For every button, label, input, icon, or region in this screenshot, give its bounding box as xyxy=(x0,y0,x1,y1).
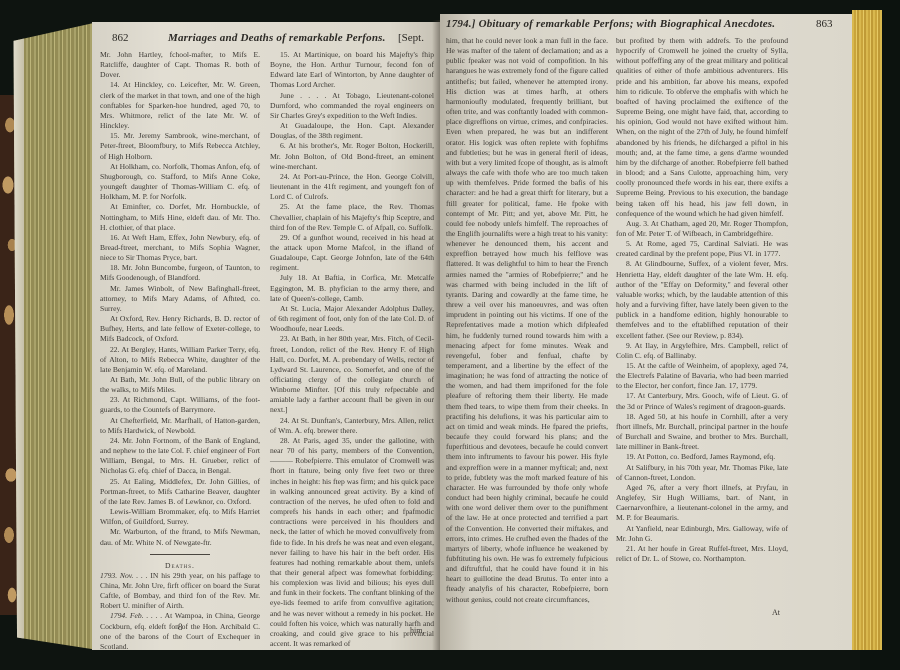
deaths-heading: Deaths. xyxy=(100,561,260,571)
entry: At Eminfter, co. Dorfet, Mr. Hornbuckle,… xyxy=(100,202,260,232)
entry: 9. At Ilay, in Argylefhire, Mrs. Campbel… xyxy=(616,341,788,361)
page-number: 862 xyxy=(112,32,129,44)
entry: At St. Lucia, Major Alexander Adolphus D… xyxy=(270,304,434,334)
entry: At Bath, Mr. John Bull, of the public li… xyxy=(100,375,260,395)
right-column-biography: him, that he could never look a man full… xyxy=(446,36,608,605)
left-column-deaths: 15. At Martinique, on board his Majefty'… xyxy=(270,50,434,649)
entry: 18. Mr. John Buncombe, furgeon, of Taunt… xyxy=(100,263,260,283)
entry: At Oxford, Rev. Henry Richards, B. D. re… xyxy=(100,314,260,344)
catchword: At xyxy=(772,608,780,617)
running-title: 1794.] Obituary of remarkable Perfons; w… xyxy=(446,18,775,30)
entry: 8. At Glindbourne, Suffex, of a violent … xyxy=(616,259,788,340)
left-page: 862 Marriages and Deaths of remarkable P… xyxy=(92,22,442,650)
running-title: Marriages and Deaths of remarkable Perfo… xyxy=(168,32,386,44)
entry: June . . . . At Tobago, Lieutenant-colon… xyxy=(270,91,434,121)
entry: 24. Mr. John Fortnom, of the Bank of Eng… xyxy=(100,436,260,477)
biography-text: him, that he could never look a man full… xyxy=(446,36,608,605)
entry: 19. At Potton, co. Bedford, James Raymon… xyxy=(616,452,788,462)
entry: Aged 76, after a very fhort illnefs, at … xyxy=(616,483,788,524)
entry: At Yanfield, near Edinburgh, Mrs. Gallow… xyxy=(616,524,788,544)
entry: 25. At the fame place, the Rev. Thomas C… xyxy=(270,202,434,232)
entry: 29. Of a gunfhot wound, received in his … xyxy=(270,233,434,274)
entry: At Holkham, co. Norfolk, Thomas Anfon, e… xyxy=(100,162,260,203)
section-rule xyxy=(150,554,210,555)
page-number: 863 xyxy=(816,18,833,30)
entry: 16. At Weft Ham, Effex, John Newbury, ef… xyxy=(100,233,260,263)
entry: 23. At Bath, in her 80th year, Mrs. Fitc… xyxy=(270,334,434,415)
right-page: 1794.] Obituary of remarkable Perfons; w… xyxy=(440,14,852,650)
entry: 5. At Rome, aged 75, Cardinal Salviati. … xyxy=(616,239,788,259)
entry: 15. At Martinique, on board his Majefty'… xyxy=(270,50,434,91)
entry: 6. At his brother's, Mr. Roger Bolton, H… xyxy=(270,141,434,171)
entry: 24. At St. Dunftan's, Canterbury, Mrs. A… xyxy=(270,416,434,436)
entry: July 18. At Baftia, in Corfica, Mr. Metc… xyxy=(270,273,434,303)
entry: 18. Aged 50, at his houfe in Cornhill, a… xyxy=(616,412,788,453)
page-block-edge-left xyxy=(10,22,98,650)
entry: Mr. John Hartley, fchool-mafter, to Mifs… xyxy=(100,50,260,80)
entry: 15. At the caftle of Weinheim, of apople… xyxy=(616,361,788,391)
entry: 14. At Hinckley, co. Leicefter, Mr. W. G… xyxy=(100,80,260,131)
entry: 28. At Paris, aged 35, under the galloti… xyxy=(270,436,434,649)
right-column-obituary: but profited by them with addrefs. To th… xyxy=(616,36,788,564)
page-block-edge-right xyxy=(852,10,882,650)
entry: but profited by them with addrefs. To th… xyxy=(616,36,788,219)
death-date: 1794. Feb. . . . . xyxy=(110,611,162,620)
entry: 17. At Canterbury, Mrs. Gooch, wife of L… xyxy=(616,391,788,411)
death-entry: 1793. Nov. . . . IN his 29th year, on hi… xyxy=(100,571,260,612)
catchword: him, xyxy=(410,626,424,635)
entry: At Guadaloupe, the Hon. Capt. Alexander … xyxy=(270,121,434,141)
entry: 24. At Port-au-Prince, the Hon. George C… xyxy=(270,172,434,202)
entry: At Chefterfield, Mr. Marfhall, of Hatton… xyxy=(100,416,260,436)
entry: Mr. James Winbolt, of New Bafinghall-ftr… xyxy=(100,284,260,314)
entry: At Salifbury, in his 70th year, Mr. Thom… xyxy=(616,463,788,483)
entry: Lewis-William Brommaker, efq. to Mifs Ha… xyxy=(100,507,260,527)
entry: Mr. Warburton, of the ftrand, to Mifs Ne… xyxy=(100,527,260,547)
entry: 22. At Bergley, Hants, William Parker Te… xyxy=(100,345,260,375)
entry: 23. At Richmond, Capt. Williams, of the … xyxy=(100,395,260,415)
left-column-marriages: Mr. John Hartley, fchool-mafter, to Mifs… xyxy=(100,50,260,650)
entry: 15. Mr. Jeremy Sambrook, wine-merchant, … xyxy=(100,131,260,161)
entry: 21. At her houfe in Great Ruffel-ftreet,… xyxy=(616,544,788,564)
signature-mark: 8 xyxy=(178,622,183,632)
entry: Aug. 3. At Chatham, aged 20, Mr. Roger T… xyxy=(616,219,788,239)
death-date: 1793. Nov. . . . xyxy=(100,571,148,580)
month-mark: [Sept. xyxy=(398,32,424,44)
entry: 25. At Ealing, Middlefex, Dr. John Gilli… xyxy=(100,477,260,507)
